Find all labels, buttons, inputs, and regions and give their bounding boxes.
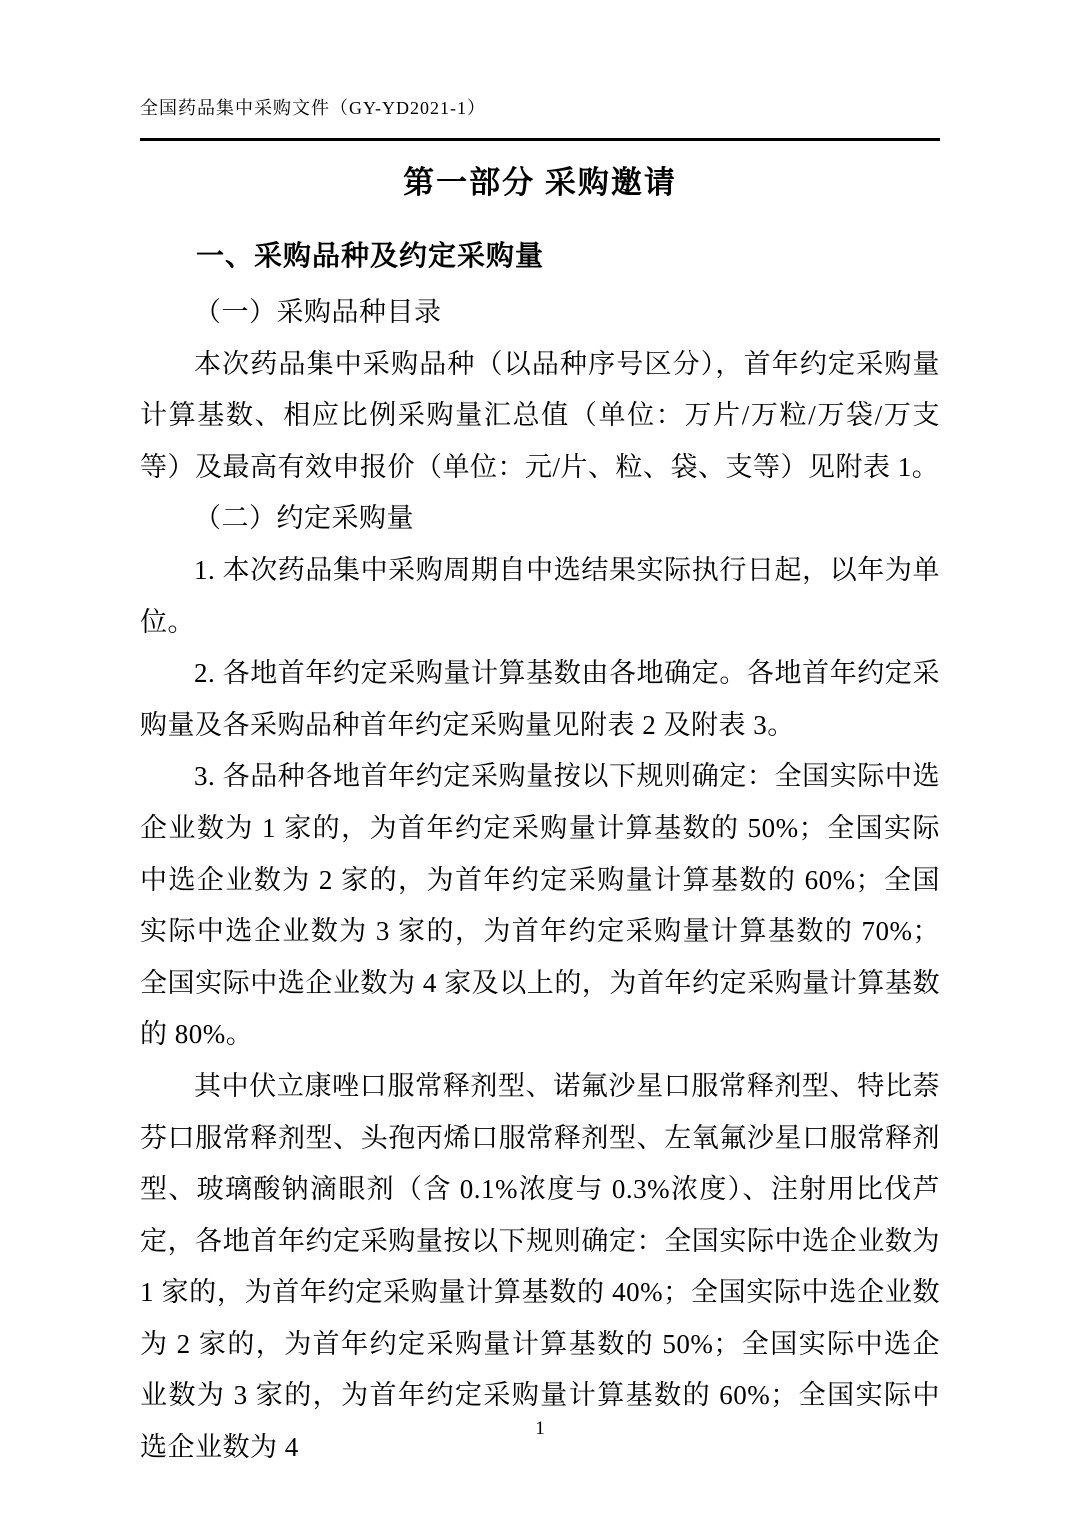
paragraph-4: 3. 各品种各地首年约定采购量按以下规则确定：全国实际中选企业数为 1 家的，为… xyxy=(140,751,940,1061)
section-heading: 一、采购品种及约定采购量 xyxy=(140,239,940,273)
header-text: 全国药品集中采购文件（GY-YD2021-1） xyxy=(140,98,486,118)
document-body: （一）采购品种目录 本次药品集中采购品种（以品种序号区分），首年约定采购量计算基… xyxy=(140,287,940,1474)
page-number: 1 xyxy=(535,1418,545,1439)
paragraph-1: 本次药品集中采购品种（以品种序号区分），首年约定采购量计算基数、相应比例采购量汇… xyxy=(140,339,940,494)
subsection-2-heading: （二）约定采购量 xyxy=(140,493,940,545)
paragraph-3: 2. 各地首年约定采购量计算基数由各地确定。各地首年约定采购量及各采购品种首年约… xyxy=(140,648,940,751)
document-page: 全国药品集中采购文件（GY-YD2021-1） 第一部分 采购邀请 一、采购品种… xyxy=(0,0,1080,1528)
paragraph-5: 其中伏立康唑口服常释剂型、诺氟沙星口服常释剂型、特比萘芬口服常释剂型、头孢丙烯口… xyxy=(140,1061,940,1474)
document-title: 第一部分 采购邀请 xyxy=(140,163,940,203)
page-footer: 1 xyxy=(0,1418,1080,1440)
paragraph-2: 1. 本次药品集中采购周期自中选结果实际执行日起，以年为单位。 xyxy=(140,545,940,648)
subsection-1-heading: （一）采购品种目录 xyxy=(140,287,940,339)
page-header: 全国药品集中采购文件（GY-YD2021-1） xyxy=(140,95,940,141)
